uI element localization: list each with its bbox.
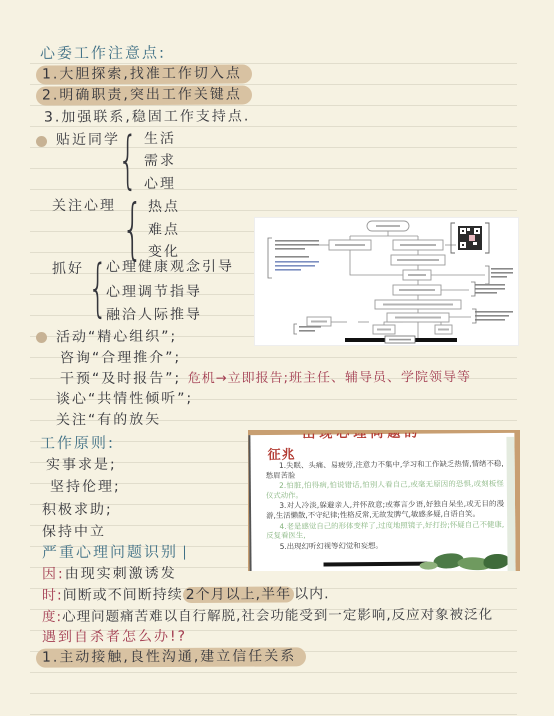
slide-paragraph: 2.怕脏,怕得病,怕说错话,怕别人看自己,或毫无原因的恐惧,或刻板怪仪式动作。 bbox=[266, 479, 504, 500]
criterion-cause: 因:由现实刺激诱发 bbox=[42, 565, 177, 584]
curly-brace: { bbox=[118, 127, 138, 193]
group1-item: 需求 bbox=[144, 152, 176, 170]
slide-divider-bar bbox=[324, 562, 428, 567]
criterion-degree: 度:心理问题痛苦难以自行解脱,社会功能受到一定影响,反应对象被泛化 bbox=[42, 606, 493, 626]
slide-body-text: 1.失眠、头痛、易疲劳,注意力不集中,学习和工作缺乏热情,情绪不稳,愁眉苦脸 2… bbox=[266, 459, 505, 552]
flowchart-graphic bbox=[255, 218, 518, 345]
principle-item: 积极求助; bbox=[42, 501, 113, 519]
pen-tick-mark bbox=[184, 545, 185, 559]
slide-right-margin bbox=[506, 437, 515, 571]
slide-paragraph: 3.对人冷淡,躲避亲人,并怀敌意;或寡言少语,好独自呆坐,或无目的漫游,生活懒散… bbox=[266, 499, 504, 520]
crisis-annotation: 危机→立即报告;班主任、辅导员、学院领导等 bbox=[188, 370, 471, 386]
identify-heading-text: 严重心理问题识别 bbox=[42, 543, 178, 562]
practice-line-talk: 谈心“共情性倾听”; bbox=[56, 390, 193, 409]
note-point-2: 2.明确职责,突出工作关键点 bbox=[36, 85, 252, 104]
group3-item: 心理健康观念引导 bbox=[106, 258, 234, 277]
suicide-heading: 遇到自杀者怎么办!? bbox=[42, 628, 187, 647]
curly-brace: { bbox=[88, 255, 108, 321]
note-point-3: 3.加强联系,稳固工作支持点. bbox=[44, 107, 250, 126]
slide-paragraph: 1.失眠、头痛、易疲劳,注意力不集中,学习和工作缺乏热情,情绪不稳,愁眉苦脸 bbox=[266, 459, 504, 480]
criterion-text: 间断或不间断持续 bbox=[63, 587, 183, 604]
slide-paragraph: 5.出现幻听幻视等幻觉和妄想。 bbox=[266, 540, 504, 552]
group2-label: 关注心理 bbox=[52, 197, 116, 215]
principles-heading: 工作原则: bbox=[40, 434, 115, 452]
practice-line-text: 干预“及时报告”; bbox=[60, 370, 181, 387]
criterion-text: 以内. bbox=[294, 586, 330, 602]
criterion-key: 因: bbox=[42, 566, 65, 582]
curly-brace: { bbox=[122, 194, 143, 264]
principle-item: 坚持伦理; bbox=[50, 478, 121, 496]
group2-item: 热点 bbox=[148, 198, 180, 216]
highlighted-text: 2个月以上,半年 bbox=[183, 586, 294, 603]
practice-line-focus: 关注“有的放矢 bbox=[56, 411, 161, 430]
group2-item: 难点 bbox=[148, 221, 180, 239]
bullet-dot bbox=[36, 136, 47, 147]
flowchart-image[interactable] bbox=[255, 218, 518, 345]
bullet-dot bbox=[36, 332, 47, 343]
slide-title-clipped: 出现心理问题的 bbox=[302, 433, 421, 443]
highlighted-text: 1.主动接触,良性沟通,建立信任关系 bbox=[36, 647, 306, 667]
criterion-time: 时:间断或不间断持续2个月以上,半年以内. bbox=[42, 585, 330, 605]
plant-decoration-icon bbox=[420, 562, 438, 570]
group1-item: 心理 bbox=[144, 175, 176, 193]
criterion-text: 心理问题痛苦难以自行解脱,社会功能受到一定影响,反应对象被泛化 bbox=[62, 607, 493, 625]
group1-label: 贴近同学 bbox=[56, 131, 120, 149]
practice-line-intervene: 干预“及时报告”; 危机→立即报告;班主任、辅导员、学院领导等 bbox=[60, 368, 471, 389]
suicide-step-1: 1.主动接触,良性沟通,建立信任关系 bbox=[36, 647, 306, 666]
group1-item: 生活 bbox=[144, 130, 176, 148]
slide-content: 出现心理问题的 征兆 1.失眠、头痛、易疲劳,注意力不集中,学习和工作缺乏热情,… bbox=[248, 433, 515, 571]
criterion-text: 由现实刺激诱发 bbox=[65, 566, 177, 583]
practice-line-consult: 咨询“合理推介”; bbox=[60, 349, 181, 368]
identify-heading: 严重心理问题识别 bbox=[42, 543, 185, 562]
notebook-page: 心委工作注意点: 1.大胆探索,找准工作切入点 2.明确职责,突出工作关键点 3… bbox=[0, 0, 554, 716]
principle-item: 实事求是; bbox=[46, 456, 117, 474]
principle-item: 保持中立 bbox=[42, 523, 106, 541]
group3-label: 抓好 bbox=[52, 260, 84, 278]
note-heading: 心委工作注意点: bbox=[40, 44, 166, 63]
highlighted-text: 2.明确职责,突出工作关键点 bbox=[36, 85, 252, 105]
criterion-key: 时: bbox=[42, 588, 63, 604]
group3-item: 融洽人际推导 bbox=[106, 306, 202, 325]
plant-decoration-icon bbox=[483, 554, 509, 569]
slide-image[interactable]: 出现心理问题的 征兆 1.失眠、头痛、易疲劳,注意力不集中,学习和工作缺乏热情,… bbox=[248, 430, 520, 571]
group3-item: 心理调节指导 bbox=[106, 283, 202, 302]
qr-code-icon bbox=[458, 226, 482, 250]
practice-line-activity: 活动“精心组织”; bbox=[56, 328, 177, 347]
criterion-key: 度: bbox=[42, 609, 62, 625]
note-point-1: 1.大胆探索,找准工作切入点 bbox=[36, 64, 252, 83]
highlighted-text: 1.大胆探索,找准工作切入点 bbox=[36, 64, 252, 84]
slide-paragraph: 4.老是感觉自己的形体变样了,过度地照镜子,好打扮;怀疑自己不健康,反复看医生, bbox=[266, 519, 504, 540]
